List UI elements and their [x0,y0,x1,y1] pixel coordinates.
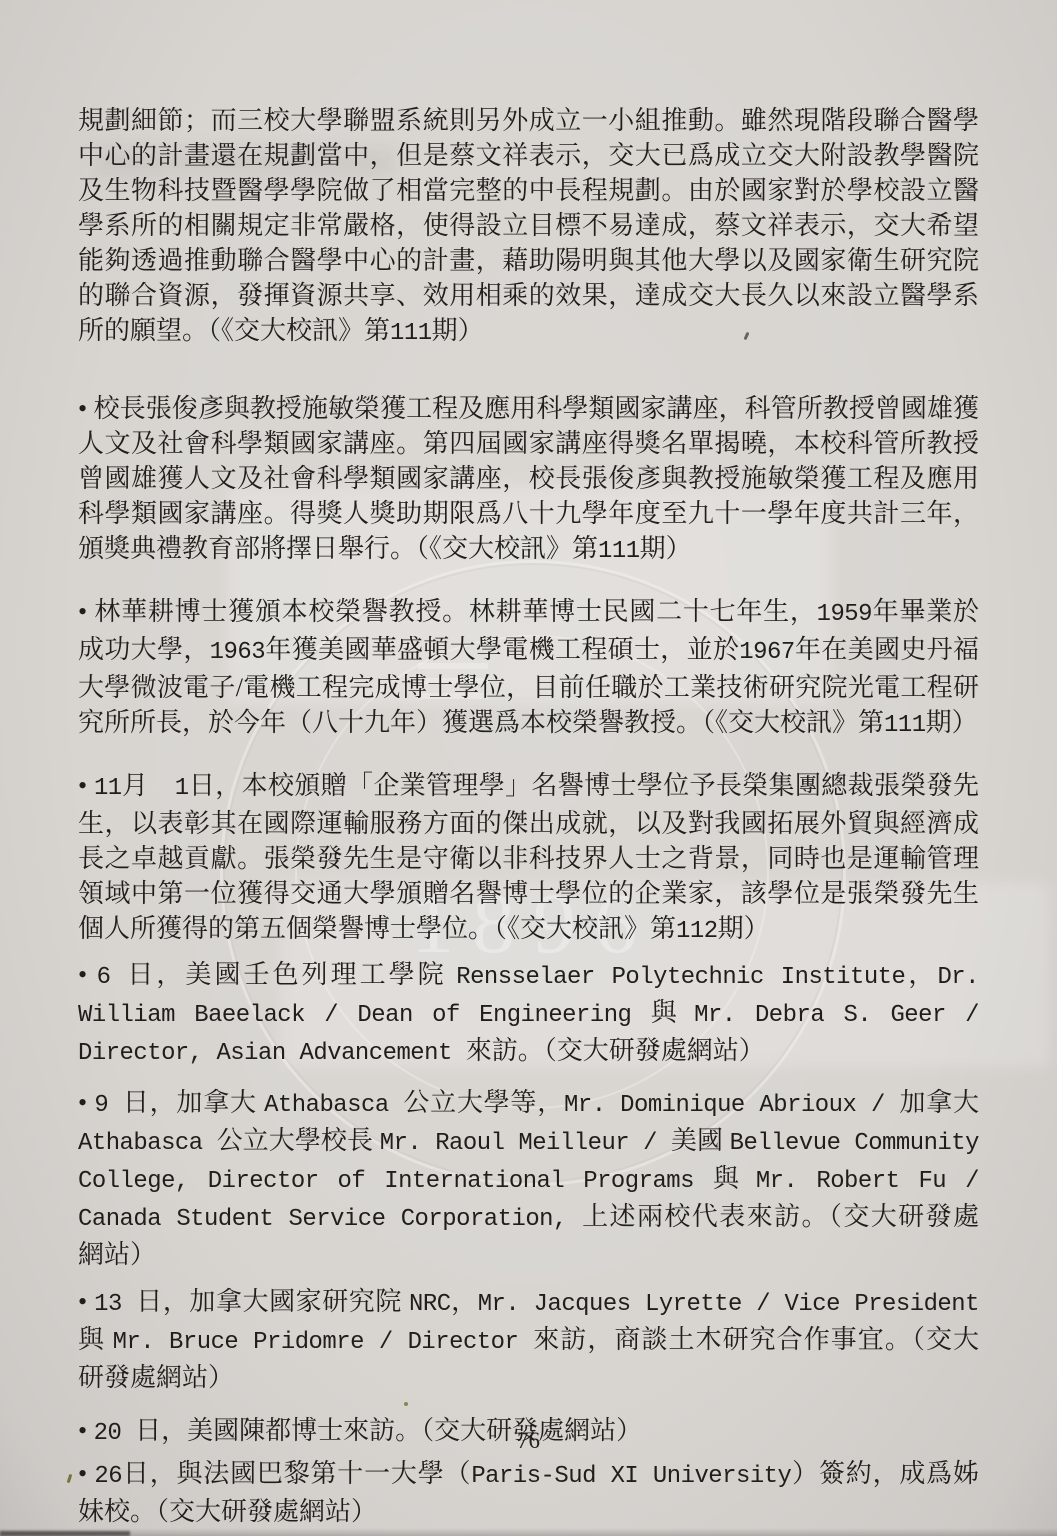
scanned-document-page: 1896 規劃細節；而三校大學聯盟系統則另外成立一小組推動。雖然現階段聯合醫學中… [0,0,1057,1536]
paragraph-visit-rensselaer: • 6 日，美國壬色列理工學院 Rensselaer Polytechnic I… [78,957,979,1071]
paragraph-national-chair-awards: • 校長張俊彥與教授施敏榮獲工程及應用科學類國家講座，科管所教授曾國雄獲人文及社… [78,391,979,569]
document-body: 規劃細節；而三校大學聯盟系統則另外成立一小組推動。雖然現階段聯合醫學中心的計畫還… [78,103,979,1529]
paragraph-paris-sud-agreement: • 26日，與法國巴黎第十一大學（Paris-Sud XI University… [78,1456,979,1529]
scan-bottom-edge [0,1528,1057,1536]
paragraph-visit-athabasca: • 9 日，加拿大 Athabasca 公立大學等，Mr. Dominique … [78,1085,979,1272]
paper-speck [67,1474,73,1483]
paragraph-medical-center-plan: 規劃細節；而三校大學聯盟系統則另外成立一小組推動。雖然現階段聯合醫學中心的計畫還… [78,103,979,351]
paragraph-visit-nrc: • 13 日，加拿大國家研究院 NRC，Mr. Jacques Lyrette … [78,1284,979,1395]
paragraph-honorary-professor-lin: • 林華耕博士獲頒本校榮譽教授。林耕華博士民國二十七年生，1959年畢業於成功大… [78,594,979,743]
scan-bottom-corner [0,1531,130,1536]
paper-speck [404,1402,408,1406]
page-number: 76 [0,1428,1057,1454]
paragraph-honorary-doctorate-chang: • 11月 1日，本校頒贈「企業管理學」名譽博士學位予長榮集團總裁張榮發先生，以… [78,768,979,949]
